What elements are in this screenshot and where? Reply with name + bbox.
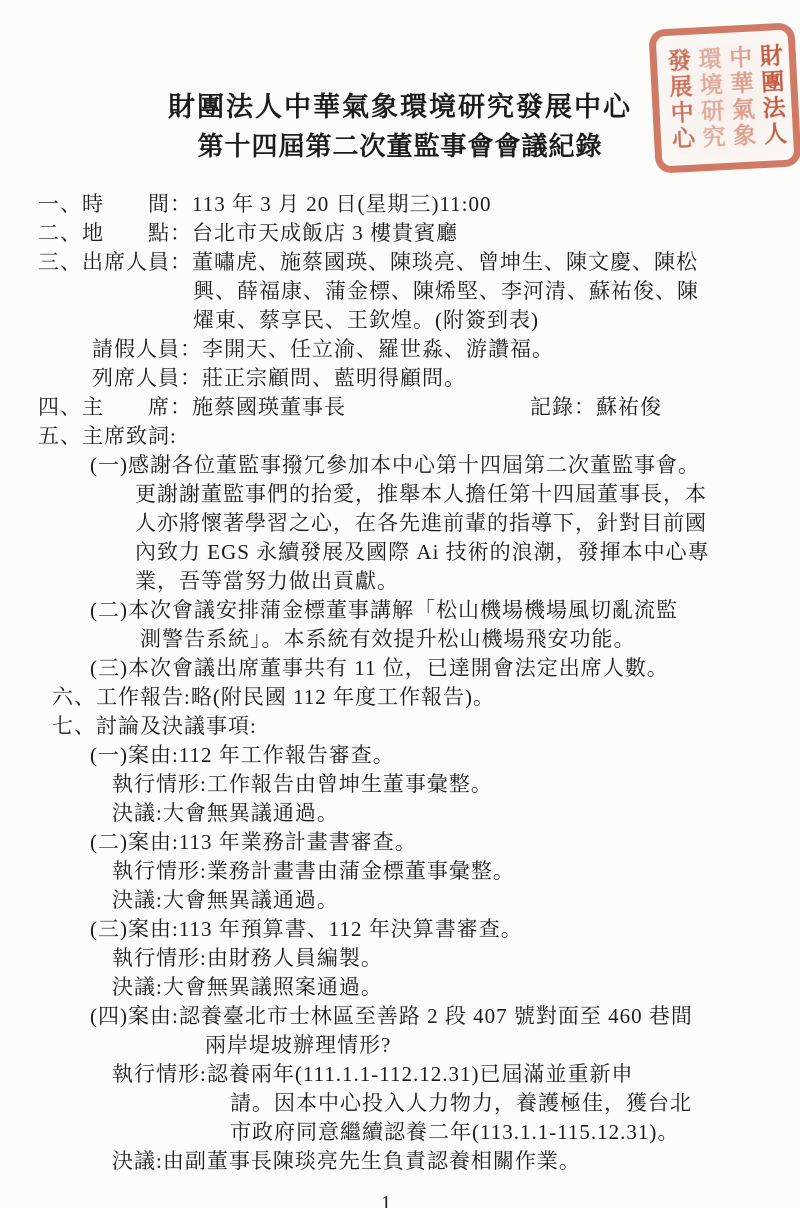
text-line: (四)案由:認養臺北市士林區至善路 2 段 407 號對面至 460 巷間 xyxy=(0,1002,800,1031)
page-number: 1 xyxy=(0,1192,772,1208)
text-line: 三、出席人員：董嘯虎、施蔡國瑛、陳琰亮、曾坤生、陳文慶、陳松 xyxy=(0,248,800,277)
text-line: 列席人員：莊正宗顧問、藍明得顧問。 xyxy=(0,364,800,393)
text-line: (三)案由:113 年預算書、112 年決算書審查。 xyxy=(0,915,800,944)
text-line: 六、工作報告:略(附民國 112 年度工作報告)。 xyxy=(0,683,800,712)
text-line: 業，吾等當努力做出貢獻。 xyxy=(0,567,800,596)
text-line: 興、薛福康、蒲金標、陳烯堅、李河清、蘇祐俊、陳 xyxy=(0,277,800,306)
text-line: 人亦將懷著學習之心，在各先進前輩的指導下，針對目前國 xyxy=(0,509,800,538)
text-line: 執行情形:由財務人員編製。 xyxy=(0,944,800,973)
document-lines: 一、時 間：113 年 3 月 20 日(星期三)11:00二、地 點：台北市天… xyxy=(0,190,800,1176)
text-line: (二)案由:113 年業務計畫書審查。 xyxy=(0,828,800,857)
text-line: 決議:由副董事長陳琰亮先生負責認養相關作業。 xyxy=(0,1147,800,1176)
text-line: 兩岸堤坡辦理情形? xyxy=(0,1031,800,1060)
text-line: (一)案由:112 年工作報告審查。 xyxy=(0,741,800,770)
text-line: 請假人員：李開天、任立渝、羅世淼、游讚福。 xyxy=(0,335,800,364)
text-line: 決議:大會無異議照案通過。 xyxy=(0,973,800,1002)
text-line: 執行情形:認養兩年(111.1.1-112.12.31)已屆滿並重新申 xyxy=(0,1060,800,1089)
text-line: 更謝謝董監事們的抬愛，推舉本人擔任第十四屆董事長，本 xyxy=(0,480,800,509)
text-line: 決議:大會無異議通過。 xyxy=(0,886,800,915)
text-line: (三)本次會議出席董事共有 11 位，已達開會法定出席人數。 xyxy=(0,654,800,683)
text-line: 燿東、蔡享民、王欽煌。(附簽到表) xyxy=(0,306,800,335)
organization-title: 財團法人中華氣象環境研究發展中心 xyxy=(0,88,800,127)
text-line: 決議:大會無異議通過。 xyxy=(0,799,800,828)
text-line: 執行情形:業務計畫書由蒲金標董事彙整。 xyxy=(0,857,800,886)
text-line: 市政府同意繼續認養二年(113.1.1-115.12.31)。 xyxy=(0,1118,800,1147)
text-line: 四、主 席：施蔡國瑛董事長記錄：蘇祐俊 xyxy=(0,393,800,422)
text-line: 一、時 間：113 年 3 月 20 日(星期三)11:00 xyxy=(0,190,800,219)
text-line: 執行情形:工作報告由曾坤生董事彙整。 xyxy=(0,770,800,799)
document-title-block: 財團法人中華氣象環境研究發展中心 第十四屆第二次董監事會會議紀錄 xyxy=(0,88,800,166)
recorder-label: 記錄：蘇祐俊 xyxy=(530,393,662,422)
text-line: 五、主席致詞: xyxy=(0,422,800,451)
text-line: 七、討論及決議事項: xyxy=(0,712,800,741)
text-line: 測警告系統」。本系統有效提升松山機場飛安功能。 xyxy=(0,625,800,654)
text-line: 請。因本中心投入人力物力，養護極佳，獲台北 xyxy=(0,1089,800,1118)
scanned-meeting-minutes-page: 財團法人 中華氣象 環境研究 發展中心 財團法人中華氣象環境研究發展中心 第十四… xyxy=(0,0,800,1208)
text-line: (一)感謝各位董監事撥冗參加本中心第十四屆第二次董監事會。 xyxy=(0,451,800,480)
text-line: (二)本次會議安排蒲金標董事講解「松山機場機場風切亂流監 xyxy=(0,596,800,625)
meeting-title: 第十四屆第二次董監事會會議紀錄 xyxy=(0,127,800,166)
text-line: 內致力 EGS 永續發展及國際 Ai 技術的浪潮，發揮本中心專 xyxy=(0,538,800,567)
text-line: 二、地 點：台北市天成飯店 3 樓貴賓廳 xyxy=(0,219,800,248)
